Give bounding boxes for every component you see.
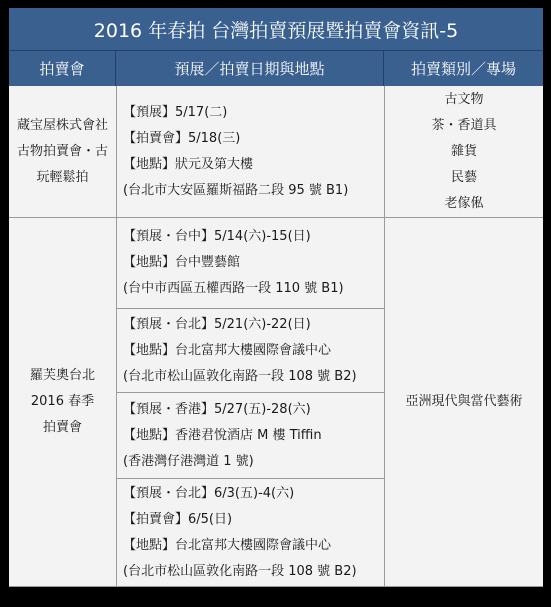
- auction-name-line: 2016 春季: [31, 389, 94, 415]
- schedule-preview-line: 【預展・台北】6/3(五)-4(六): [123, 481, 384, 507]
- schedule-venue-line: 【地點】台北富邦大樓國際會議中心: [123, 533, 384, 559]
- category-item: 古文物: [444, 87, 483, 113]
- schedule-taichung: 【預展・台中】5/14(六)-15(日) 【地點】台中豐藝館 (台中市西區五權西…: [117, 218, 384, 308]
- schedule-hongkong: 【預展・香港】5/27(五)-28(六) 【地點】香港君悅酒店 M 樓 Tiff…: [117, 393, 384, 478]
- header-schedule-location: 預展／拍賣日期與地點: [116, 51, 384, 86]
- header-auction-label: 拍賣會: [39, 58, 84, 79]
- table-row-1-categories: 古文物 茶・香道具 雜貨 民藝 老傢俬: [385, 86, 543, 217]
- category-item: 老傢俬: [444, 191, 483, 217]
- schedule-preview-line: 【預展・台中】5/14(六)-15(日): [123, 224, 384, 250]
- schedule-preview-line: 【預展】5/17(二): [123, 100, 384, 126]
- schedule-preview-line: 【預展・台北】5/21(六)-22(日): [123, 312, 384, 338]
- table-row-2-categories: 亞洲現代與當代藝術: [385, 218, 543, 586]
- schedule-venue-line: 【地點】台北富邦大樓國際會議中心: [123, 338, 384, 364]
- schedule-auction-line: 【拍賣會】6/5(日): [123, 507, 384, 533]
- schedule-address-line: (台北市松山區敦化南路一段 108 號 B2): [123, 559, 384, 585]
- auction-name-line: 蔵宝屋株式會社: [17, 113, 108, 139]
- schedule-venue-line: 【地點】香港君悅酒店 M 樓 Tiffin: [123, 423, 384, 449]
- table-row-1-schedule: 【預展】5/17(二) 【拍賣會】5/18(三) 【地點】狀元及第大樓 (台北市…: [117, 86, 384, 217]
- auction-info-table: 2016 年春拍 台灣拍賣預展暨拍賣會資訊-5 拍賣會 預展／拍賣日期與地點 拍…: [9, 8, 543, 587]
- header-category: 拍賣類別／專場: [384, 51, 543, 86]
- schedule-taipei-preview: 【預展・台北】5/21(六)-22(日) 【地點】台北富邦大樓國際會議中心 (台…: [117, 309, 384, 392]
- header-auction: 拍賣會: [9, 51, 116, 86]
- auction-name-line: 拍賣會: [43, 415, 82, 441]
- category-item: 雜貨: [451, 139, 477, 165]
- schedule-address-line: (台中市西區五權西路一段 110 號 B1): [123, 276, 384, 302]
- category-item: 茶・香道具: [431, 113, 496, 139]
- schedule-address-line: (香港灣仔港灣道 1 號): [123, 449, 384, 475]
- table-title-text: 2016 年春拍 台灣拍賣預展暨拍賣會資訊-5: [94, 16, 458, 43]
- schedule-address-line: (台北市大安區羅斯福路二段 95 號 B1): [123, 178, 384, 204]
- schedule-address-line: (台北市松山區敦化南路一段 108 號 B2): [123, 364, 384, 390]
- auction-name-line: 羅芙奧台北: [30, 363, 95, 389]
- table-title: 2016 年春拍 台灣拍賣預展暨拍賣會資訊-5: [9, 8, 543, 51]
- schedule-taipei-auction: 【預展・台北】6/3(五)-4(六) 【拍賣會】6/5(日) 【地點】台北富邦大…: [117, 479, 384, 586]
- auction-name-line: 玩輕鬆拍: [36, 165, 88, 191]
- category-item: 民藝: [451, 165, 477, 191]
- schedule-venue-line: 【地點】台中豐藝館: [123, 250, 384, 276]
- table-bottom-border: [9, 586, 543, 587]
- table-header-row: 拍賣會 預展／拍賣日期與地點 拍賣類別／專場: [9, 51, 543, 86]
- header-schedule-label: 預展／拍賣日期與地點: [174, 58, 324, 79]
- schedule-auction-line: 【拍賣會】5/18(三): [123, 126, 384, 152]
- schedule-preview-line: 【預展・香港】5/27(五)-28(六): [123, 397, 384, 423]
- table-row-1-auction: 蔵宝屋株式會社 古物拍賣會・古 玩輕鬆拍: [9, 86, 116, 217]
- category-item: 亞洲現代與當代藝術: [405, 389, 522, 415]
- schedule-venue-line: 【地點】狀元及第大樓: [123, 152, 384, 178]
- header-category-label: 拍賣類別／專場: [411, 58, 516, 79]
- table-row-2-auction: 羅芙奧台北 2016 春季 拍賣會: [9, 218, 116, 586]
- auction-name-line: 古物拍賣會・古: [17, 139, 108, 165]
